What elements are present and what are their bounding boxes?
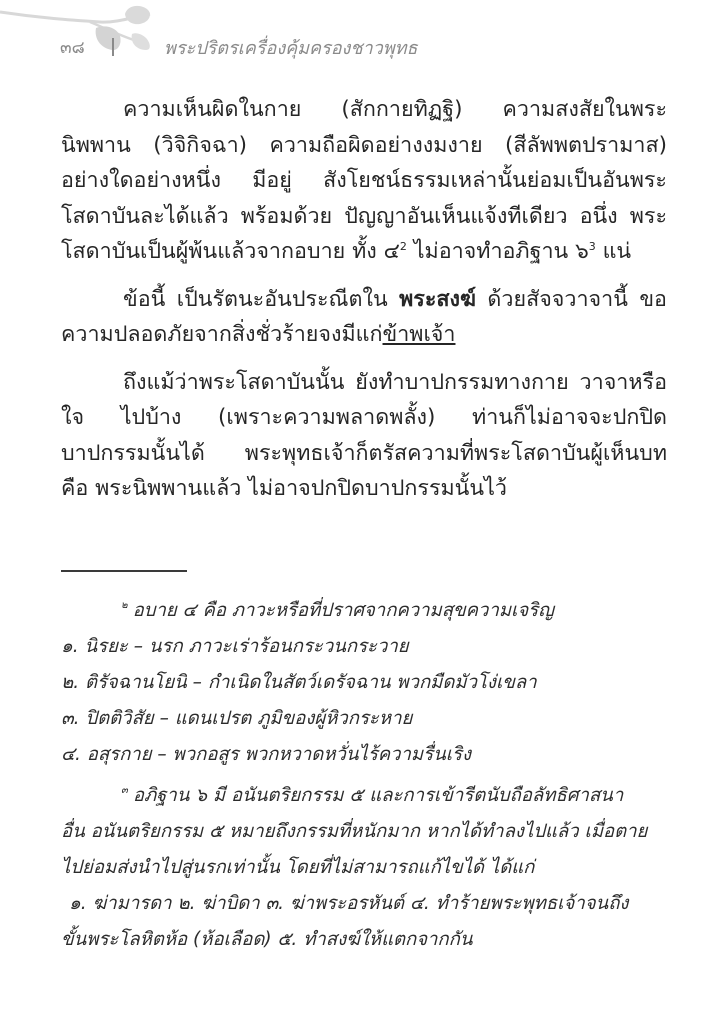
underlined-text: ข้าพเจ้า — [383, 322, 456, 347]
footnote-2-item: ๑. นิรยะ – นรก ภาวะเร่าร้อนกระวนกระวาย — [61, 629, 683, 665]
footnotes: ๒อบาย ๔ คือ ภาวะหรือที่ปราศจากความสุขควา… — [61, 588, 683, 958]
footnote-2-item: ๔. อสุรกาย – พวกอสูร พวกหวาดหวั่นไร้ความ… — [61, 737, 683, 773]
footnote-3-line: อื่น อนันตริยกรรม ๕ หมายถึงกรรมที่หนักมา… — [61, 814, 683, 850]
text-line: ไม่อาจทำอภิฐาน ๖ — [407, 239, 589, 264]
footnote-3-line: ๓อภิฐาน ๖ มี อนันตริยกรรม ๕ และการเข้ารี… — [61, 773, 683, 814]
header-divider — [112, 38, 114, 56]
footnote-2-item: ๓. ปิตติวิสัย – แดนเปรต ภูมิของผู้หิวกระ… — [61, 701, 683, 737]
footnote-marker: ๓ — [121, 785, 128, 796]
footnote-ref-2[interactable]: 2 — [400, 240, 407, 253]
text-line: ด้วยสัจจวาจานี้ — [476, 287, 628, 312]
footnote-2-item: ๒. ติรัจฉานโยนิ – กำเนิดในสัตว์เดรัจฉาน … — [61, 665, 683, 701]
footnote-marker: ๒ — [121, 600, 128, 611]
footnote-ref-3[interactable]: 3 — [589, 240, 596, 253]
footnote-separator — [61, 570, 187, 572]
text-line: ข้อนี้ เป็นรัตนะอันประณีตใน — [123, 287, 399, 312]
footnote-3-line: ๑. ฆ่ามารดา ๒. ฆ่าบิดา ๓. ฆ่าพระอรหันต์ … — [61, 886, 683, 922]
footnote-3-line: ไปย่อมส่งนำไปสู่นรกเท่านั้น โดยที่ไม่สาม… — [61, 850, 683, 886]
emphasis-sangha: พระสงฆ์ — [399, 287, 476, 312]
text-line: ทั้ง ๔ — [352, 239, 400, 264]
footnote-3-line: ขั้นพระโลหิตห้อ (ห้อเลือด) ๕. ทำสงฆ์ให้แ… — [61, 922, 683, 958]
paragraph-3: ถึงแม้ว่าพระโสดาบันนั้น ยังทำบาปกรรมทางก… — [61, 365, 667, 507]
footnote-text: อบาย ๔ คือ ภาวะหรือที่ปราศจากความสุขความ… — [133, 600, 554, 621]
text-line: ไม่อาจปกปิดบาปกรรมนั้นไว้ — [248, 476, 507, 501]
running-header: ๓๘ พระปริตรเครื่องคุ้มครองชาวพุทธ — [60, 32, 681, 62]
text-line: แน่ — [596, 239, 631, 264]
footnote-2-title: ๒อบาย ๔ คือ ภาวะหรือที่ปราศจากความสุขควา… — [61, 588, 683, 629]
book-title: พระปริตรเครื่องคุ้มครองชาวพุทธ — [164, 33, 417, 62]
paragraph-1: ความเห็นผิดในกาย (สักกายทิฏฐิ) ความสงสัย… — [61, 92, 667, 270]
page-number: ๓๘ — [60, 34, 112, 61]
main-text: ความเห็นผิดในกาย (สักกายทิฏฐิ) ความสงสัย… — [61, 92, 667, 519]
paragraph-2: ข้อนี้ เป็นรัตนะอันประณีตใน พระสงฆ์ ด้วย… — [61, 282, 667, 353]
footnote-text: อภิฐาน ๖ มี อนันตริยกรรม ๕ และการเข้ารีต… — [133, 785, 623, 806]
